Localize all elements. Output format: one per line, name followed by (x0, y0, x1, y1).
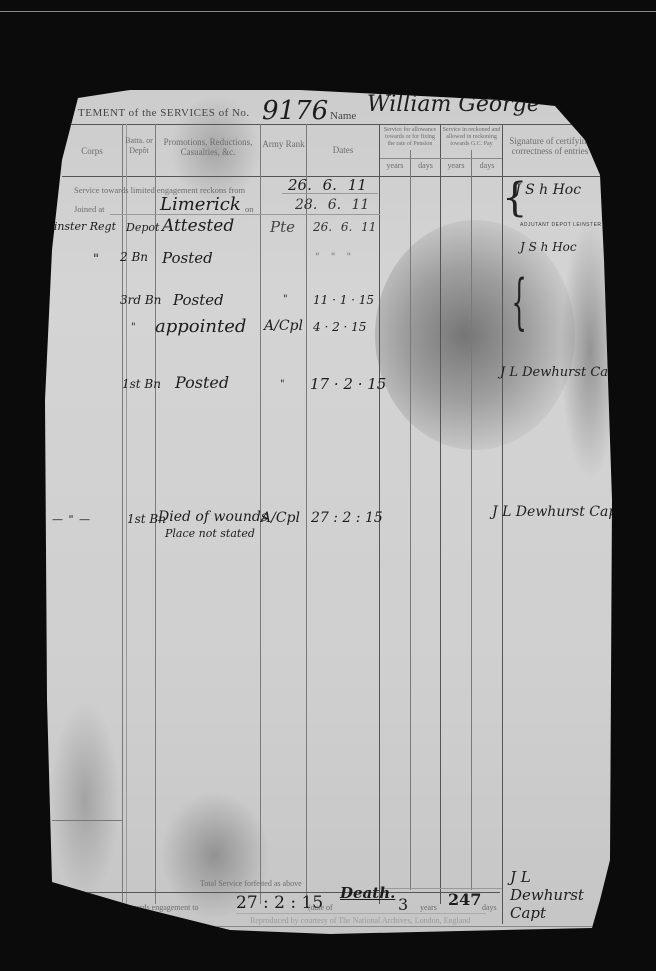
fill-rule (110, 214, 380, 215)
reckons-from-date: 26. 6. 11 (288, 176, 367, 194)
col-divider (306, 124, 307, 904)
signature-1: J S h Hoc (515, 182, 581, 198)
row4-battalion: " (131, 322, 136, 333)
days-value: 247 (448, 890, 481, 909)
header-army-rank: Army Rank (261, 139, 306, 149)
date-of-value: Death. (340, 884, 395, 902)
row1-battalion: Depot (126, 221, 159, 234)
fill-rule (282, 193, 378, 194)
row6-date: 27 : 2 : 15 (311, 510, 383, 526)
joined-on-label: on (245, 204, 254, 214)
row3-battalion: 3rd Bn (120, 293, 161, 307)
row3-date: 11 · 1 · 15 (313, 293, 374, 307)
service-record-sheet: TEMENT of the SERVICES of No. 9176 Name … (0, 0, 656, 971)
days-label: days (482, 903, 497, 912)
row4-event: appointed (155, 316, 246, 337)
row2-corps: " (93, 252, 99, 267)
footer-bottom-rule (100, 926, 600, 927)
header-battalion: Batta. or Depôt (123, 136, 155, 156)
signature-2: J S h Hoc (520, 240, 577, 254)
joined-at-place: Limerick (160, 194, 241, 215)
row3-rank: " (283, 294, 288, 305)
col-divider (502, 124, 503, 924)
years-value: 3 (398, 895, 408, 914)
header-service-pension: Service for allowance towards or for fix… (381, 127, 439, 148)
header-days-1: days (411, 161, 440, 171)
header-corps: Corps (62, 146, 122, 156)
years-label: years (420, 903, 437, 912)
row1-event: Attested (162, 216, 234, 236)
edge-shadow-right (560, 220, 620, 480)
row6-event: Died of wounds (158, 509, 268, 525)
archive-watermark: Reproduced by courtesy of The National A… (250, 916, 470, 925)
subheader-rule (380, 158, 502, 159)
col-divider (122, 124, 123, 904)
col-divider (471, 150, 472, 890)
header-promotions: Promotions, Reductions, Casualties, &c. (157, 137, 259, 157)
row6-corps: — " — (52, 513, 91, 526)
row6-event-note: Place not stated (165, 527, 255, 540)
header-days-2: days (472, 161, 502, 171)
soldier-name: William George (367, 92, 540, 117)
header-top-rule (62, 124, 602, 125)
row1-rank: Pte (270, 218, 295, 236)
left-smudge (50, 700, 120, 900)
col-divider (440, 124, 441, 904)
ink-stain (375, 220, 575, 450)
signature-4: J L Dewhurst Capt (492, 504, 623, 520)
total-forfeited-label: Total Service forfeited as above (200, 879, 302, 888)
rule (380, 888, 502, 889)
col-divider (410, 150, 411, 890)
signature-3: J L Dewhurst Capt (500, 365, 622, 380)
final-signature: J L Dewhurst Capt (510, 868, 590, 922)
row1-corps: Leinster Regt (40, 220, 116, 233)
total-service-label: Total Service towards engagement to (80, 903, 199, 912)
row2-battalion: 2 Bn (120, 250, 148, 264)
row4-rank: A/Cpl (264, 318, 303, 334)
joined-on-date: 28. 6. 11 (295, 197, 369, 213)
name-label: Name (330, 110, 356, 122)
statement-title: TEMENT of the SERVICES of No. (78, 107, 250, 119)
row2-date: " " " (315, 252, 351, 263)
brace-icon: { (511, 272, 526, 332)
row5-battalion: 1st Bn (122, 377, 161, 391)
row5-rank: " (280, 379, 285, 390)
row1-date: 26. 6. 11 (313, 220, 376, 234)
header-dates: Dates (307, 145, 379, 155)
rule (52, 820, 122, 821)
row5-date: 17 · 2 · 15 (310, 375, 386, 393)
row5-event: Posted (175, 373, 229, 392)
joined-at-label: Joined at (74, 204, 104, 214)
scanner-top-edge (0, 11, 656, 12)
header-service-gc-pay: Service in reckoned and allowed in recko… (442, 127, 501, 148)
row4-date: 4 · 2 · 15 (313, 320, 366, 334)
header-signature: Signature of certifying correctness of e… (504, 136, 596, 156)
row3-event: Posted (173, 291, 224, 309)
header-years-1: years (380, 161, 410, 171)
date-of-label: (date of (308, 903, 333, 912)
header-years-2: years (441, 161, 471, 171)
adjutant-stamp: ADJUTANT DEPOT LEINSTER (520, 222, 602, 228)
row6-rank: A/Cpl (261, 510, 300, 526)
fill-rule (236, 913, 486, 914)
row2-event: Posted (162, 249, 213, 267)
service-number: 9176 (262, 96, 328, 126)
